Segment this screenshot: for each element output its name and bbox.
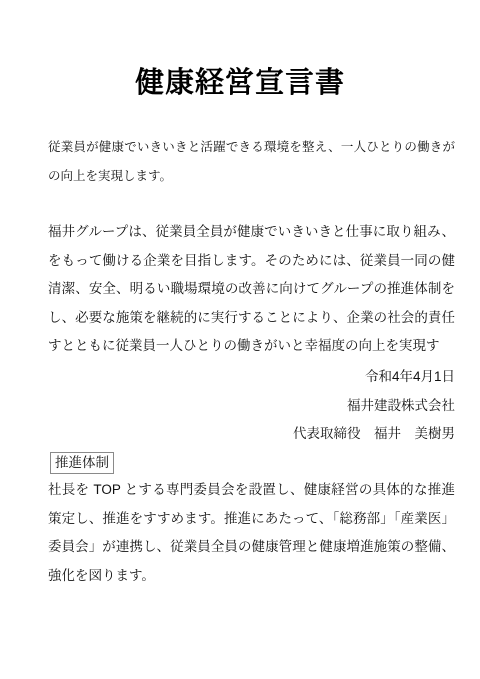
representative-line: 代表取締役 福井 美樹男 [48,420,455,449]
declaration-line: し、必要な施策を継続的に実行することにより、企業の社会的責任を果た [48,304,455,333]
date-line: 令和4年4月1日 [48,363,455,392]
declaration-paragraph: 福井グループは、従業員全員が健康でいきいきと仕事に取り組み、活力 をもって働ける… [48,218,455,361]
section-paragraph: 社長を TOP とする専門委員会を設置し、健康経営の具体的な推進計画を 策定し、… [48,476,455,590]
document-title: 健康経営宣言書 [0,62,480,104]
intro-line: の向上を実現します。 [48,162,455,191]
section-line: 委員会」が連携し、従業員全員の健康管理と健康増進施策の整備、体制の [48,533,455,562]
section-line: 強化を図ります。 [48,562,455,591]
section-heading-suishin-taisei: 推進体制 [50,452,114,474]
section-line: 社長を TOP とする専門委員会を設置し、健康経営の具体的な推進計画を [48,476,455,505]
declaration-line: 清潔、安全、明るい職場環境の改善に向けてグループの推進体制を整備 [48,275,455,304]
document-page: 健康経営宣言書 従業員が健康でいきいきと活躍できる環境を整え、一人ひとりの働きが… [0,0,480,679]
declaration-line: をもって働ける企業を目指します。そのためには、従業員一同の健康推進、 [48,247,455,276]
declaration-line: すとともに従業員一人ひとりの働きがいと幸福度の向上を実現する。 [48,332,455,361]
declaration-line: 福井グループは、従業員全員が健康でいきいきと仕事に取り組み、活力 [48,218,455,247]
intro-line: 従業員が健康でいきいきと活躍できる環境を整え、一人ひとりの働きがいと幸福度 [48,133,455,162]
intro-paragraph: 従業員が健康でいきいきと活躍できる環境を整え、一人ひとりの働きがいと幸福度 の向… [48,133,455,190]
section-line: 策定し、推進をすすめます。推進にあたって、「総務部」「産業医」「安全衛生 [48,505,455,534]
company-line: 福井建設株式会社 [48,392,455,421]
signoff-block: 令和4年4月1日 福井建設株式会社 代表取締役 福井 美樹男 [48,363,455,449]
